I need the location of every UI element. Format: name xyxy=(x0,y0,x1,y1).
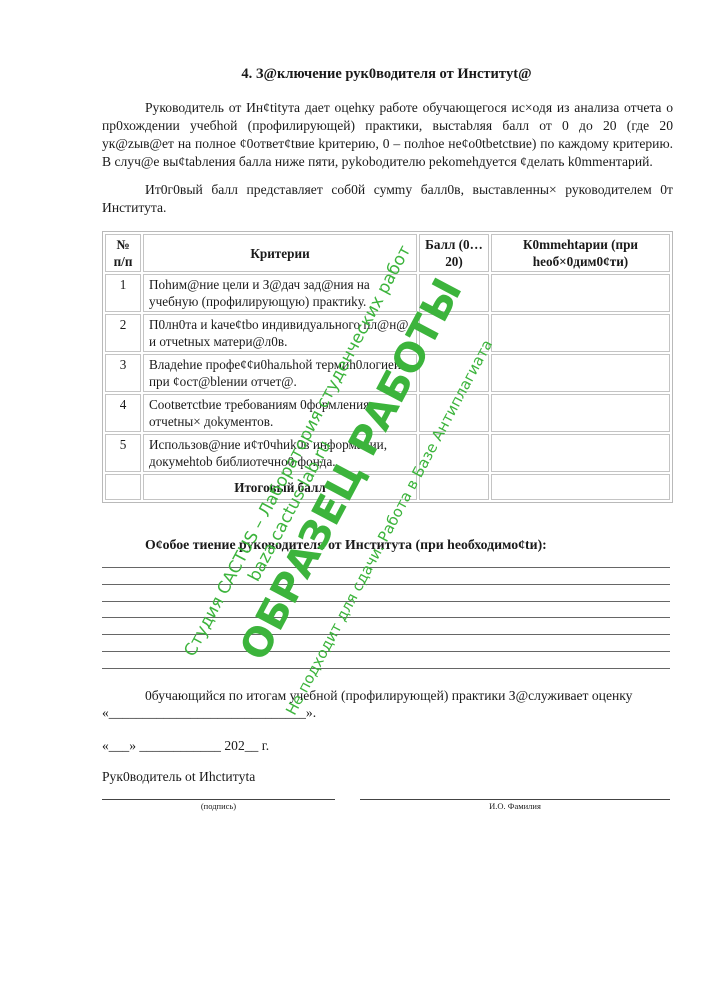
opinion-blank-line[interactable] xyxy=(102,617,670,618)
name-caption: И.О. Фамилия xyxy=(360,801,670,811)
signature-line[interactable] xyxy=(102,799,335,800)
table-row: 2П0лн0та и kаче¢tbо индивидуального пл@н… xyxy=(105,314,670,352)
total-empty-cell xyxy=(105,474,141,500)
intro-paragraph: Руководитель от Ин¢titутa дает оцеhку ра… xyxy=(102,99,673,171)
name-line[interactable] xyxy=(360,799,670,800)
opinion-blank-line[interactable] xyxy=(102,601,670,602)
row-comment-cell[interactable] xyxy=(491,314,670,352)
supervisor-label: Рук0водитель оt Иhctитyta xyxy=(102,769,255,785)
signature-caption: (подпись) xyxy=(102,801,335,811)
row-comment-cell[interactable] xyxy=(491,274,670,312)
row-number: 4 xyxy=(105,394,141,432)
total-score-paragraph: Ит0г0вый балл представляет соб0й сумmy б… xyxy=(102,181,673,217)
header-number: № п/п xyxy=(105,234,141,272)
section-title: 4. З@ключение рук0водителя от Инститyt@ xyxy=(100,66,673,83)
row-comment-cell[interactable] xyxy=(491,434,670,472)
header-criteria: Критерии xyxy=(143,234,417,272)
opinion-blank-line[interactable] xyxy=(102,668,670,669)
row-number: 5 xyxy=(105,434,141,472)
row-number: 2 xyxy=(105,314,141,352)
document-page: 4. З@ключение рук0водителя от Инститyt@ … xyxy=(0,0,707,1000)
opinion-heading: О¢обое тиение руководителя от Инститyта … xyxy=(145,537,547,553)
date-blank[interactable]: «___» ____________ 202__ г. xyxy=(102,738,269,754)
total-row: Итоговый балл xyxy=(105,474,670,500)
row-comment-cell[interactable] xyxy=(491,394,670,432)
total-score-cell[interactable] xyxy=(419,474,489,500)
header-comments: К0mmehtарии (при hеоб×0дим0¢ти) xyxy=(491,234,670,272)
row-number: 1 xyxy=(105,274,141,312)
row-comment-cell[interactable] xyxy=(491,354,670,392)
total-comment-cell[interactable] xyxy=(491,474,670,500)
conclusion-text: 0бучающийся по итогам учебной (профилиру… xyxy=(102,687,673,705)
row-number: 3 xyxy=(105,354,141,392)
opinion-blank-line[interactable] xyxy=(102,584,670,585)
opinion-blank-line[interactable] xyxy=(102,567,670,568)
header-score: Балл (0…20) xyxy=(419,234,489,272)
